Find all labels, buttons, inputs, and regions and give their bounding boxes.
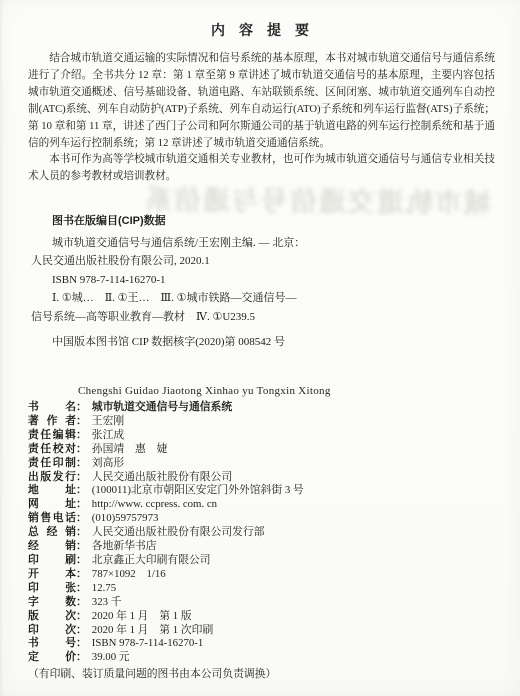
colophon-row: 书号：ISBN 978-7-114-16270-1	[28, 637, 498, 651]
colophon-separator: ：	[76, 624, 87, 638]
colophon-separator: ：	[76, 568, 87, 582]
colophon-label: 定价	[28, 651, 76, 665]
book-copyright-page: 城市轨道交通信号与通信系统 内 容 提 要 结合城市轨道交通运输的实际情况和信号…	[0, 0, 520, 696]
colophon-value: 王宏刚	[92, 415, 124, 429]
colophon-row: 经销：各地新华书店	[28, 540, 498, 554]
colophon-value: 787×1092 1/16	[92, 568, 166, 582]
cip-section: 图书在版编目(CIP)数据 城市轨道交通信号与通信系统/王宏刚主编. — 北京：…	[31, 212, 483, 351]
colophon-value: 323 千	[92, 596, 122, 610]
page-title: 内 容 提 要	[0, 20, 520, 40]
colophon-label: 印刷	[28, 554, 76, 568]
colophon-row: 印刷：北京鑫正大印刷有限公司	[28, 554, 498, 568]
colophon-separator: ：	[76, 484, 87, 498]
colophon-row: 版次：2020 年 1 月 第 1 版	[28, 610, 498, 624]
colophon-value: 刘高形	[92, 457, 124, 471]
colophon-value: 各地新华书店	[92, 540, 157, 554]
colophon-label: 著作者	[28, 415, 76, 429]
colophon-separator: ：	[76, 401, 87, 415]
colophon-separator: ：	[76, 457, 87, 471]
colophon-separator: ：	[76, 637, 87, 651]
colophon-separator: ：	[76, 471, 87, 485]
colophon-label: 总经销	[28, 526, 76, 540]
colophon-label: 书名	[28, 401, 76, 415]
colophon-label: 出版发行	[28, 471, 76, 485]
colophon-row: 总经销：人民交通出版社股份有限公司发行部	[28, 526, 498, 540]
colophon-separator: ：	[76, 554, 87, 568]
colophon-value: 39.00 元	[92, 651, 130, 665]
colophon-separator: ：	[76, 540, 87, 554]
colophon-separator: ：	[76, 610, 87, 624]
cip-line: 信号系统—高等职业教育—教材 Ⅳ. ①U239.5	[31, 308, 483, 327]
colophon-label: 经销	[28, 540, 76, 554]
quality-note: （有印刷、装订质量问题的图书由本公司负责调换）	[28, 667, 498, 681]
colophon-row: 销售电话：(010)59757973	[28, 512, 498, 526]
cip-line: 城市轨道交通信号与通信系统/王宏刚主编. — 北京：	[31, 234, 483, 253]
cip-line: Ⅰ. ①城… Ⅱ. ①王… Ⅲ. ①城市铁路—交通信号—	[31, 289, 483, 308]
colophon-value: http://www. ccpress. com. cn	[92, 498, 217, 512]
colophon-section: Chengshi Guidao Jiaotong Xinhao yu Tongx…	[28, 384, 498, 681]
colophon-row: 网址：http://www. ccpress. com. cn	[28, 498, 498, 512]
colophon-row: 责任编辑：张江成	[28, 429, 498, 443]
cip-lines: 城市轨道交通信号与通信系统/王宏刚主编. — 北京：人民交通出版社股份有限公司,…	[31, 234, 483, 352]
colophon-label: 地址	[28, 484, 76, 498]
colophon-row: 印次：2020 年 1 月 第 1 次印刷	[28, 624, 498, 638]
colophon-label: 字数	[28, 596, 76, 610]
colophon-separator: ：	[76, 512, 87, 526]
colophon-separator: ：	[76, 651, 87, 665]
summary-paragraph: 本书可作为高等学校城市轨道交通相关专业教材，也可作为城市轨道交通信号与通信专业相…	[28, 152, 495, 186]
colophon-separator: ：	[76, 429, 87, 443]
colophon-label: 书号	[28, 637, 76, 651]
colophon-separator: ：	[76, 526, 87, 540]
colophon-value: (100011)北京市朝阳区安定门外外馆斜街 3 号	[92, 484, 304, 498]
cip-title: 图书在版编目(CIP)数据	[31, 212, 483, 231]
content-summary: 结合城市轨道交通运输的实际情况和信号系统的基本原理，本书对城市轨道交通信号与通信…	[28, 51, 495, 186]
colophon-row: 定价：39.00 元	[28, 651, 498, 665]
colophon-label: 责任编辑	[28, 429, 76, 443]
colophon-row: 书名：城市轨道交通信号与通信系统	[28, 401, 498, 415]
colophon-row: 印张：12.75	[28, 582, 498, 596]
cip-line: ISBN 978-7-114-16270-1	[31, 271, 483, 290]
colophon-value: (010)59757973	[92, 512, 159, 526]
colophon-value: 12.75	[92, 582, 116, 596]
colophon-separator: ：	[76, 415, 87, 429]
colophon-value: 北京鑫正大印刷有限公司	[92, 554, 211, 568]
cip-line: 人民交通出版社股份有限公司, 2020.1	[31, 252, 483, 271]
summary-paragraph: 结合城市轨道交通运输的实际情况和信号系统的基本原理，本书对城市轨道交通信号与通信…	[28, 51, 495, 152]
colophon-separator: ：	[76, 498, 87, 512]
colophon-label: 责任印制	[28, 457, 76, 471]
colophon-value: 人民交通出版社股份有限公司	[92, 471, 232, 485]
book-title-pinyin: Chengshi Guidao Jiaotong Xinhao yu Tongx…	[78, 384, 498, 398]
colophon-row: 字数：323 千	[28, 596, 498, 610]
colophon-label: 印次	[28, 624, 76, 638]
colophon-value: 张江成	[92, 429, 124, 443]
colophon-row: 著作者：王宏刚	[28, 415, 498, 429]
colophon-value: ISBN 978-7-114-16270-1	[92, 637, 203, 651]
colophon-label: 印张	[28, 582, 76, 596]
colophon-value: 孙国靖 惠 婕	[92, 443, 168, 457]
colophon-rows: 书名：城市轨道交通信号与通信系统著作者：王宏刚责任编辑：张江成责任校对：孙国靖 …	[28, 401, 498, 665]
colophon-value: 城市轨道交通信号与通信系统	[92, 401, 232, 415]
colophon-row: 责任印制：刘高形	[28, 457, 498, 471]
colophon-separator: ：	[76, 596, 87, 610]
colophon-value: 2020 年 1 月 第 1 次印刷	[92, 624, 213, 638]
colophon-row: 开本：787×1092 1/16	[28, 568, 498, 582]
colophon-separator: ：	[76, 582, 87, 596]
colophon-row: 出版发行：人民交通出版社股份有限公司	[28, 471, 498, 485]
colophon-label: 开本	[28, 568, 76, 582]
cip-line: 中国版本图书馆 CIP 数据核字(2020)第 008542 号	[31, 333, 483, 352]
colophon-value: 2020 年 1 月 第 1 版	[92, 610, 192, 624]
colophon-row: 责任校对：孙国靖 惠 婕	[28, 443, 498, 457]
colophon-label: 版次	[28, 610, 76, 624]
colophon-value: 人民交通出版社股份有限公司发行部	[92, 526, 265, 540]
colophon-label: 责任校对	[28, 443, 76, 457]
colophon-label: 网址	[28, 498, 76, 512]
colophon-label: 销售电话	[28, 512, 76, 526]
colophon-separator: ：	[76, 443, 87, 457]
colophon-row: 地址：(100011)北京市朝阳区安定门外外馆斜街 3 号	[28, 484, 498, 498]
